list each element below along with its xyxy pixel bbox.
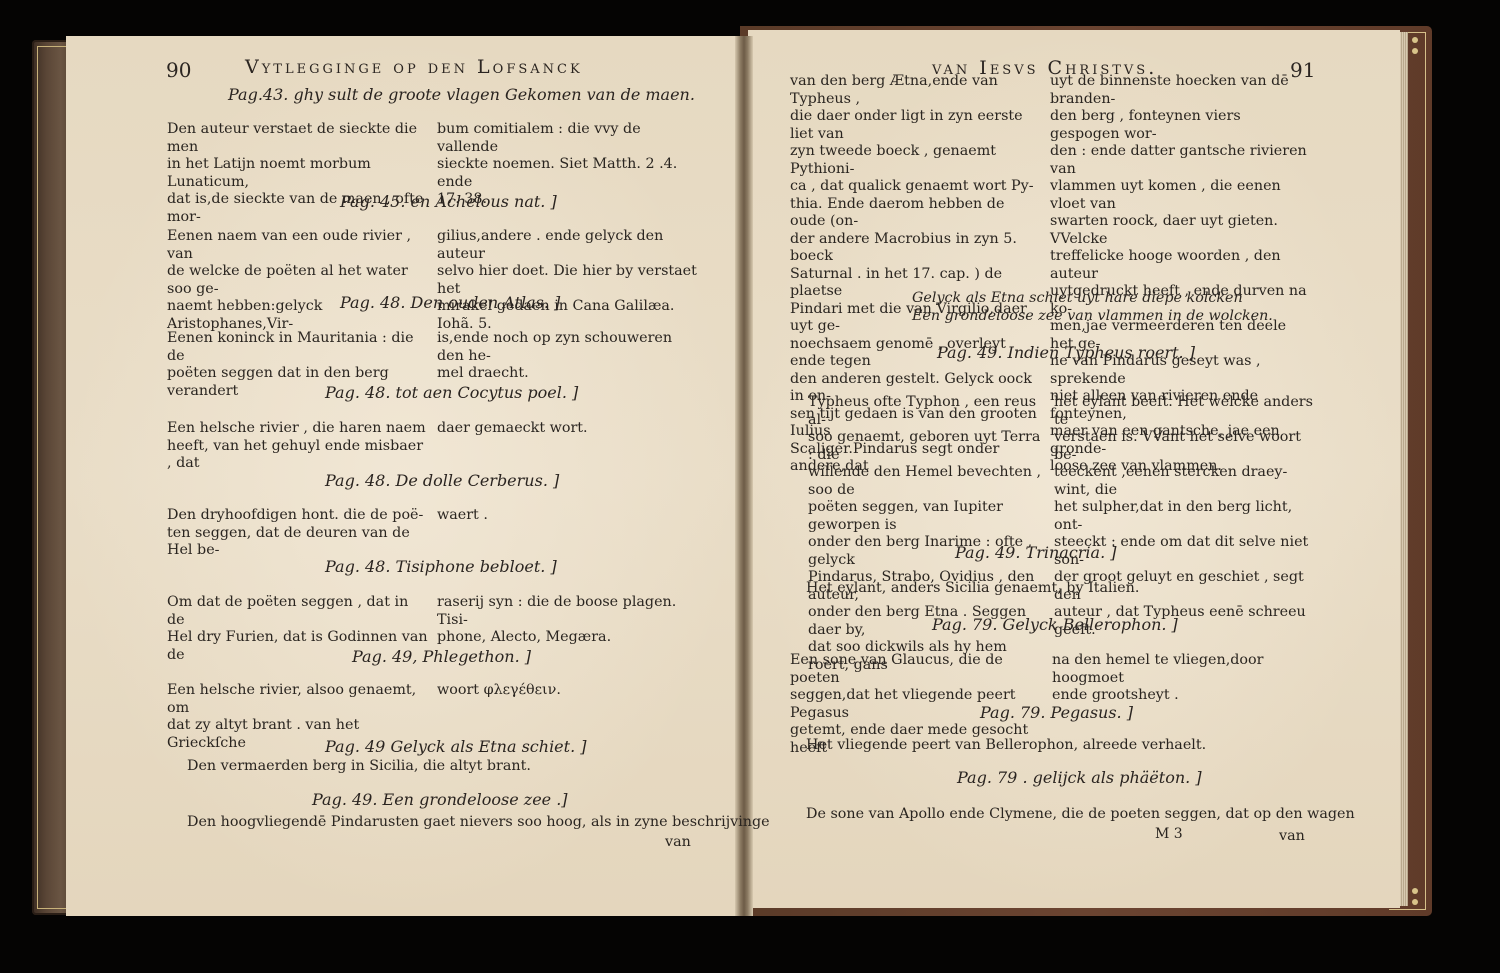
verse-quote: Gelyck als Etna schiet uyt hare diepe ko…: [912, 290, 1273, 325]
entry-heading: Pag. 49. Trinacria. ]: [955, 543, 1117, 562]
entry-heading: Pag. 48. De dolle Cerberus. ]: [325, 471, 559, 490]
entry-body: De sone van Apollo ende Clymene, die de …: [806, 806, 1355, 824]
entry-body: Den vermaerden berg in Sicilia, die alty…: [187, 758, 531, 776]
entry-column: gilius,andere . ende gelyck den auteur s…: [437, 228, 699, 333]
gilt-dot-icon: [1412, 888, 1418, 894]
left-running-head: Vytlegginge op den Lofsanck: [245, 56, 583, 78]
entry-heading: Pag. 79. Gelyck Bellerophon. ]: [932, 615, 1178, 634]
entry-heading: Pag. 48. tot aen Cocytus poel. ]: [325, 383, 578, 402]
entry-heading: Pag. 49. Indien Typheus roert. ]: [937, 343, 1195, 362]
entry-heading: Pag.43. ghy sult de groote vlagen Gekome…: [228, 85, 695, 104]
entry-body: Den dryhoofdigen hont. die de poë- ten s…: [167, 507, 699, 560]
book-gutter: [735, 36, 753, 916]
entry-column: Een helsche rivier , die haren naem heef…: [167, 420, 429, 473]
entry-body: Het vliegende peert van Bellerophon, alr…: [806, 737, 1206, 755]
entry-heading: Pag. 79. Pegasus. ]: [980, 703, 1133, 722]
entry-heading: Pag. 49. Een grondeloose zee .]: [312, 790, 568, 809]
entry-heading: Pag. 79 . gelijck als phäëton. ]: [957, 768, 1202, 787]
catchword: van: [1279, 828, 1305, 846]
gilt-dot-icon: [1412, 48, 1418, 54]
left-page-number: 90: [166, 58, 191, 82]
entry-heading: Pag. 48. Den ouden Atlas. ]: [340, 293, 560, 312]
entry-body: Een helsche rivier , die haren naem heef…: [167, 420, 699, 473]
catchword: van: [665, 834, 691, 852]
entry-heading: Pag. 49, Phlegethon. ]: [352, 647, 531, 666]
gilt-dot-icon: [1412, 899, 1418, 905]
gilt-dot-icon: [1412, 37, 1418, 43]
entry-column: Eenen naem van een oude rivier , van de …: [167, 228, 429, 333]
entry-column: waert .: [437, 507, 699, 560]
gilt-border-left: [37, 46, 68, 909]
entry-heading: Pag. 49 Gelyck als Etna schiet. ]: [325, 737, 587, 756]
entry-heading: Pag. 48. Tisiphone bebloet. ]: [325, 557, 557, 576]
entry-column: Den dryhoofdigen hont. die de poë- ten s…: [167, 507, 429, 560]
entry-body: Eenen naem van een oude rivier , van de …: [167, 228, 699, 333]
signature-mark: M 3: [1155, 826, 1183, 842]
entry-column: daer gemaeckt wort.: [437, 420, 699, 473]
entry-body: Het eylant, anders Sicilia genaemt, by I…: [806, 580, 1139, 598]
entry-heading: Pag. 45. en Achelous nat. ]: [340, 192, 557, 211]
entry-body: Den hoogvliegendē Pindarusten gaet nieve…: [187, 814, 770, 832]
